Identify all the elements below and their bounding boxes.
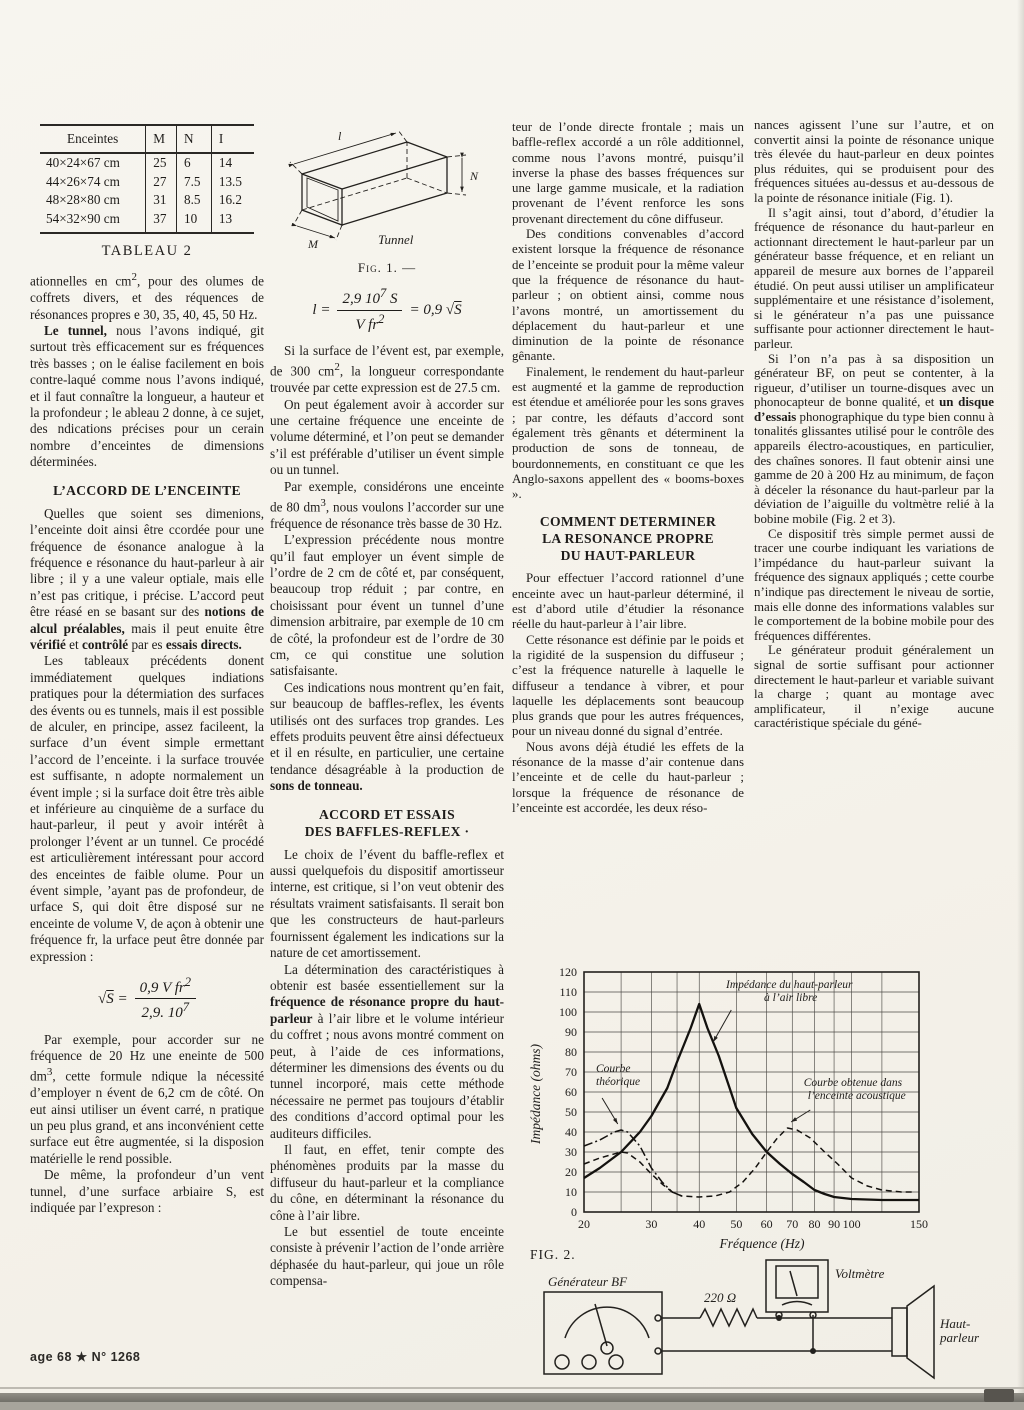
x-tick-label: 100	[843, 1217, 861, 1231]
table-cell: 13	[211, 210, 254, 233]
curve-annotation: Courbe	[596, 1063, 631, 1075]
paragraph: La détermination des caractéristiques à …	[270, 962, 504, 1142]
paragraph: Cette résonance est définie par le poids…	[512, 633, 744, 740]
y-tick-label: 50	[565, 1105, 577, 1119]
table-row: 48×28×80 cm318.516.2	[40, 191, 254, 209]
impedance-frequency-chart: 0102030405060708090100110120203040506070…	[524, 962, 940, 1262]
scan-right-edge	[1017, 0, 1024, 1410]
table-row: 54×32×90 cm371013	[40, 210, 254, 233]
y-tick-label: 40	[565, 1125, 577, 1139]
paragraph: De même, la profondeur d’un vent tunnel,…	[30, 1167, 264, 1216]
paragraph: Si l’on n’a pas à sa disposition un géné…	[754, 352, 994, 527]
svg-text:220 Ω: 220 Ω	[704, 1290, 736, 1305]
loudspeaker: Haut- parleur	[892, 1286, 980, 1378]
page-footer: age 68 ★ N° 1268	[30, 1349, 140, 1364]
x-tick-label: 70	[786, 1217, 798, 1231]
table-cell: 25	[146, 153, 177, 172]
table-cell: 16.2	[211, 191, 254, 209]
tunnel-box	[302, 142, 447, 225]
paragraph: Les tableaux précédents donent immédiate…	[30, 653, 264, 965]
dimension-length: l	[290, 129, 407, 174]
annotation-arrow	[602, 1098, 618, 1124]
svg-text:M: M	[307, 237, 319, 251]
paragraph: Le but essentiel de toute enceinte consi…	[270, 1224, 504, 1290]
fig1-caption: Fig. 1. —	[270, 260, 504, 276]
table-cell: 40×24×67 cm	[40, 153, 146, 172]
text-column-3: teur de l’onde directe frontale ; mais u…	[512, 120, 744, 816]
y-tick-label: 30	[565, 1145, 577, 1159]
section-heading: COMMENT DETERMINERLA RESONANCE PROPREDU …	[512, 513, 744, 564]
table-cell: 6	[176, 153, 211, 172]
table-cell: 13.5	[211, 173, 254, 191]
formula: l =2,9 107 SV fr2= 0,9 √S	[270, 286, 504, 334]
series-solid	[584, 1004, 919, 1200]
x-tick-label: 30	[645, 1217, 657, 1231]
scan-bottom-strip	[0, 1402, 1024, 1410]
y-tick-label: 110	[559, 985, 577, 999]
x-tick-label: 90	[828, 1217, 840, 1231]
x-tick-label: 80	[808, 1217, 820, 1231]
y-tick-label: 90	[565, 1025, 577, 1039]
svg-text:parleur: parleur	[939, 1330, 980, 1345]
circuit-wires	[661, 1318, 892, 1351]
y-tick-label: 100	[559, 1005, 577, 1019]
paragraph: nances agissent l’une sur l’autre, et on…	[754, 118, 994, 206]
paragraph: Finalement, le rendement du haut-parleur…	[512, 365, 744, 503]
curve-annotation: Impédance du haut-parleur	[725, 979, 853, 991]
column-1-text: ationnelles en cm2, pour des olumes de c…	[30, 269, 264, 1216]
table-body: 40×24×67 cm2561444×26×74 cm277.513.548×2…	[40, 153, 254, 233]
paragraph: Si la surface de l’évent est, par exempl…	[270, 343, 504, 397]
paragraph: L’expression précédente nous montre qu’i…	[270, 532, 504, 680]
paragraph: Il faut, en effet, tenir compte des phén…	[270, 1142, 504, 1224]
paragraph: Il s’agit ainsi, tout d’abord, d’étudier…	[754, 206, 994, 352]
text-column-1: EnceintesMNI 40×24×67 cm2561444×26×74 cm…	[30, 118, 264, 1216]
table-cell: 27	[146, 173, 177, 191]
column-2-text: l =2,9 107 SV fr2= 0,9 √SSi la surface d…	[270, 286, 504, 1289]
table-cell: 8.5	[176, 191, 211, 209]
table-cell: 31	[146, 191, 177, 209]
resistor-220-ohm: 220 Ω	[700, 1290, 757, 1326]
svg-text:Générateur BF: Générateur BF	[548, 1274, 628, 1289]
table-row: 40×24×67 cm25614	[40, 153, 254, 172]
text-column-2: l N M Tunnel Fig. 1. — l =2,9 107 SV fr2…	[270, 122, 504, 1290]
table-header-cell: Enceintes	[40, 125, 146, 153]
y-tick-label: 0	[571, 1205, 577, 1219]
table-cell: 37	[146, 210, 177, 233]
y-tick-label: 80	[565, 1045, 577, 1059]
paragraph: Nous avons déjà étudié les effets de la …	[512, 740, 744, 816]
paragraph: Ce dispositif très simple permet aussi d…	[754, 527, 994, 644]
paragraph: Le tunnel, nous l’avons indiqué, git sur…	[30, 323, 264, 471]
section-heading: ACCORD ET ESSAISDES BAFFLES-REFLEX ·	[270, 806, 504, 840]
paragraph: Le générateur produit généralement un si…	[754, 643, 994, 731]
formula: √S =0,9 V fr22,9. 107	[30, 975, 264, 1023]
table-cell: 10	[176, 210, 211, 233]
x-tick-label: 20	[578, 1217, 590, 1231]
svg-text:N: N	[469, 169, 479, 183]
table-cell: 7.5	[176, 173, 211, 191]
paragraph: ationnelles en cm2, pour des olumes de c…	[30, 269, 264, 323]
y-axis-label: Impédance (ohms)	[528, 1043, 543, 1145]
y-tick-label: 10	[565, 1185, 577, 1199]
enclosure-dimensions-table-wrap: EnceintesMNI 40×24×67 cm2561444×26×74 cm…	[40, 124, 254, 234]
bf-generator: Générateur BF	[544, 1274, 662, 1374]
table-header-cell: M	[146, 125, 177, 153]
x-tick-label: 50	[730, 1217, 742, 1231]
x-tick-label: 60	[761, 1217, 773, 1231]
y-tick-label: 70	[565, 1065, 577, 1079]
y-tick-label: 120	[559, 965, 577, 979]
scan-bottom-line	[0, 1387, 1024, 1389]
dimension-height: N	[447, 155, 479, 195]
scan-bottom-shadow	[0, 1393, 1024, 1402]
paragraph: teur de l’onde directe frontale ; mais u…	[512, 120, 744, 227]
scan-corner-mark	[984, 1389, 1014, 1402]
tableau-2: EnceintesMNI 40×24×67 cm2561444×26×74 cm…	[40, 124, 254, 234]
curve-annotation: théorique	[596, 1076, 640, 1088]
scanned-magazine-page: EnceintesMNI 40×24×67 cm2561444×26×74 cm…	[0, 0, 1024, 1410]
curve-annotation: l’enceinte acoustique	[808, 1090, 906, 1102]
fig1-tunnel-drawing: l N M Tunnel	[278, 122, 496, 256]
table-header-row: EnceintesMNI	[40, 125, 254, 153]
x-tick-label: 150	[910, 1217, 928, 1231]
column-3-text: teur de l’onde directe frontale ; mais u…	[512, 120, 744, 816]
y-tick-label: 20	[565, 1165, 577, 1179]
paragraph: Ces indications nous montrent qu’en fait…	[270, 680, 504, 795]
paragraph: On peut également avoir à accorder sur u…	[270, 397, 504, 479]
table-cell: 54×32×90 cm	[40, 210, 146, 233]
annotation-arrow	[713, 1010, 731, 1042]
table-cell: 44×26×74 cm	[40, 173, 146, 191]
curve-annotation: à l’air libre	[764, 992, 817, 1004]
curve-annotation: Courbe obtenue dans	[804, 1077, 903, 1089]
paragraph: Des conditions convenables d’accord exis…	[512, 227, 744, 365]
tunnel-label: Tunnel	[378, 232, 414, 247]
svg-text:Haut-: Haut-	[939, 1316, 970, 1331]
paragraph: Le choix de l’évent du baffle-reflex et …	[270, 847, 504, 962]
paragraph: Par exemple, considérons une enceinte de…	[270, 479, 504, 533]
table-caption: TABLEAU 2	[30, 243, 264, 259]
table-cell: 14	[211, 153, 254, 172]
text-column-4: nances agissent l’une sur l’autre, et on…	[754, 118, 994, 731]
voltmeter: Voltmètre	[766, 1260, 885, 1354]
table-row: 44×26×74 cm277.513.5	[40, 173, 254, 191]
x-axis-label: Fréquence (Hz)	[718, 1236, 805, 1251]
table-header-cell: I	[211, 125, 254, 153]
svg-text:l: l	[338, 129, 342, 143]
paragraph: Pour effectuer l’accord rationnel d’une …	[512, 571, 744, 632]
column-4-text: nances agissent l’une sur l’autre, et on…	[754, 118, 994, 731]
paragraph: Quelles que soient ses dimenions, l’ence…	[30, 506, 264, 654]
paragraph: Par exemple, pour accorder sur ne fréque…	[30, 1032, 264, 1168]
x-tick-label: 40	[693, 1217, 705, 1231]
table-header-cell: N	[176, 125, 211, 153]
y-tick-label: 60	[565, 1085, 577, 1099]
svg-text:Voltmètre: Voltmètre	[835, 1266, 885, 1281]
table-cell: 48×28×80 cm	[40, 191, 146, 209]
measurement-circuit-diagram: Générateur BF 220 Ω	[532, 1256, 990, 1408]
section-heading: L’ACCORD DE L’ENCEINTE	[30, 482, 264, 499]
